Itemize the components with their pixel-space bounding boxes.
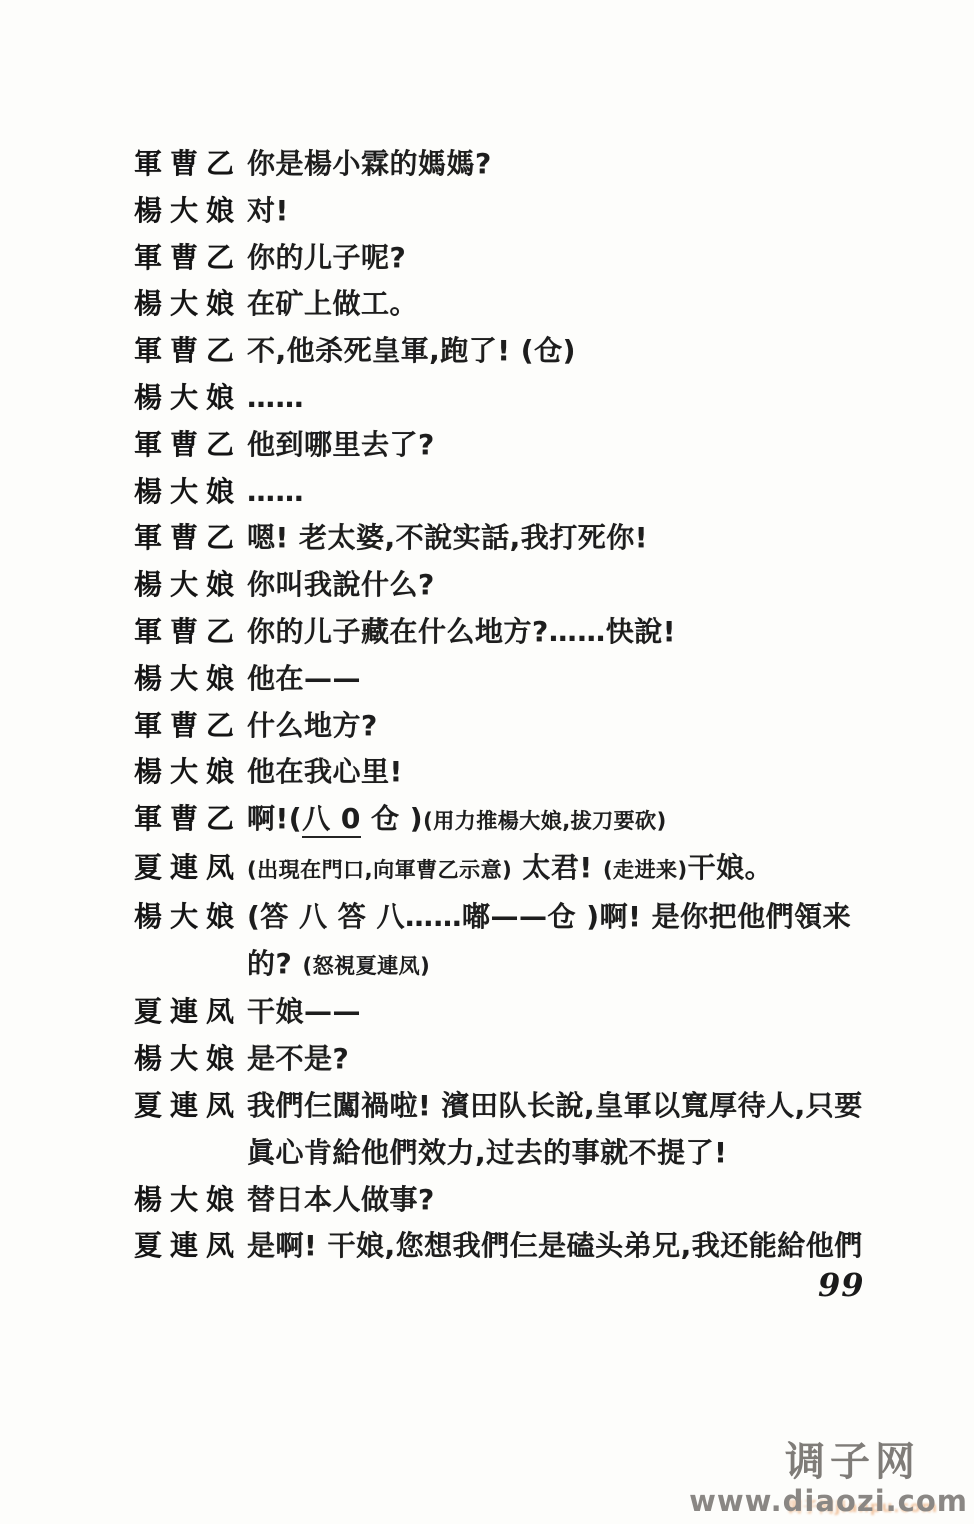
dialogue-part: 八 0 [302,802,361,838]
dialogue-text: 啊!(八 0 仓 )(用力推楊大娘,拔刀要砍) [247,796,926,845]
dialogue-text: 替日本人做事? [247,1177,926,1224]
dialogue-part: 你的儿子藏在什么地方?……快說! [247,615,676,648]
dialogue-row: 夏連凤(出現在門口,向軍曹乙示意) 太君! (走进来)干娘。 [134,845,926,894]
dialogue-text: 干娘—— [247,989,926,1036]
dialogue-part: 啊!( [247,802,302,835]
dialogue-row: 夏連凤我們仨闖禍啦! 濱田队长說,皇軍以寬厚待人,只要 眞心肯給他們效力,过去的… [134,1083,926,1177]
dialogue-part: …… [247,475,304,508]
speaker-label: 楊大娘 [134,1177,247,1224]
speaker-label: 軍曹乙 [134,609,247,656]
dialogue-row: 楊大娘他在—— [134,656,926,703]
dialogue-list: 軍曹乙你是楊小霖的媽媽?楊大娘对!軍曹乙你的儿子呢?楊大娘在矿上做工。軍曹乙不,… [134,141,926,1270]
dialogue-row: 楊大娘是不是? [134,1036,926,1083]
dialogue-text: 是啊! 干娘,您想我們仨是磕头弟兄,我还能給他們 [247,1223,926,1270]
dialogue-part: 是不是? [247,1042,349,1075]
dialogue-part: 我們仨闖禍啦! 濱田队长說,皇軍以寬厚待人,只要 眞心肯給他們效力,过去的事就不… [247,1089,863,1169]
dialogue-text: …… [247,469,926,516]
dialogue-part: 你是楊小霖的媽媽? [247,147,492,180]
dialogue-row: 軍曹乙你是楊小霖的媽媽? [134,141,926,188]
dialogue-text: 你叫我說什么? [247,562,926,609]
dialogue-part: 仓 ) [361,802,423,835]
dialogue-row: 軍曹乙你的儿子呢? [134,235,926,282]
dialogue-part: 干娘。 [688,851,774,884]
watermark-site-name: 调子网 [689,1441,920,1483]
dialogue-row: 楊大娘…… [134,375,926,422]
dialogue-row: 楊大娘在矿上做工。 [134,281,926,328]
dialogue-part: 干娘—— [247,995,361,1028]
speaker-label: 夏連凤 [134,1083,247,1130]
dialogue-text: 在矿上做工。 [247,281,926,328]
dialogue-row: 楊大娘替日本人做事? [134,1177,926,1224]
dialogue-part: 他到哪里去了? [247,428,435,461]
dialogue-text: 他在—— [247,656,926,703]
speaker-label: 軍曹乙 [134,796,247,843]
speaker-label: 楊大娘 [134,375,247,422]
dialogue-part: 你的儿子呢? [247,241,406,274]
watermark-url-row: 调子网jianpu.com www.diaozi.com [689,1486,968,1516]
speaker-label: 夏連凤 [134,989,247,1036]
speaker-label: 楊大娘 [134,894,247,941]
dialogue-text: 你的儿子呢? [247,235,926,282]
dialogue-text: 嗯! 老太婆,不說实話,我打死你! [247,515,926,562]
stage-direction: (出現在門口,向軍曹乙示意) [247,858,512,882]
speaker-label: 楊大娘 [134,281,247,328]
speaker-label: 軍曹乙 [134,515,247,562]
stage-direction: (用力推楊大娘,拔刀要砍) [423,809,667,833]
dialogue-text: (出現在門口,向軍曹乙示意) 太君! (走进来)干娘。 [247,845,926,894]
dialogue-row: 夏連凤干娘—— [134,989,926,1036]
speaker-label: 軍曹乙 [134,235,247,282]
dialogue-text: 是不是? [247,1036,926,1083]
dialogue-row: 夏連凤是啊! 干娘,您想我們仨是磕头弟兄,我还能給他們 [134,1223,926,1270]
dialogue-part: 什么地方? [247,709,378,742]
dialogue-row: 軍曹乙你的儿子藏在什么地方?……快說! [134,609,926,656]
speaker-label: 軍曹乙 [134,703,247,750]
speaker-label: 夏連凤 [134,845,247,892]
dialogue-part: 不,他杀死皇軍,跑了! (仓) [247,334,576,367]
speaker-label: 軍曹乙 [134,141,247,188]
stage-direction: (怒視夏連凤) [303,954,431,978]
dialogue-row: 軍曹乙嗯! 老太婆,不說实話,我打死你! [134,515,926,562]
dialogue-part: 你叫我說什么? [247,568,435,601]
dialogue-text: 我們仨闖禍啦! 濱田队长說,皇軍以寬厚待人,只要 眞心肯給他們效力,过去的事就不… [247,1083,926,1177]
dialogue-text: 你的儿子藏在什么地方?……快說! [247,609,926,656]
dialogue-row: 楊大娘…… [134,469,926,516]
stage-direction: (走进来) [603,858,688,882]
dialogue-text: 不,他杀死皇軍,跑了! (仓) [247,328,926,375]
dialogue-part: 嗯! 老太婆,不說实話,我打死你! [247,521,648,554]
watermark: 调子网 调子网jianpu.com www.diaozi.com [689,1441,968,1516]
watermark-site-url: www.diaozi.com [689,1484,968,1518]
speaker-label: 夏連凤 [134,1223,247,1270]
dialogue-row: 楊大娘对! [134,188,926,235]
dialogue-text: (答 八 答 八……嘟——仓 )啊! 是你把他們領来 的? (怒視夏連凤) [247,894,926,990]
dialogue-part: 在矿上做工。 [247,287,418,320]
dialogue-row: 楊大娘他在我心里! [134,749,926,796]
dialogue-row: 軍曹乙他到哪里去了? [134,422,926,469]
dialogue-row: 軍曹乙啊!(八 0 仓 )(用力推楊大娘,拔刀要砍) [134,796,926,845]
dialogue-text: …… [247,375,926,422]
scan-page: 軍曹乙你是楊小霖的媽媽?楊大娘对!軍曹乙你的儿子呢?楊大娘在矿上做工。軍曹乙不,… [0,0,974,1524]
dialogue-part: 是啊! 干娘,您想我們仨是磕头弟兄,我还能給他們 [247,1229,863,1262]
dialogue-text: 什么地方? [247,703,926,750]
dialogue-row: 軍曹乙不,他杀死皇軍,跑了! (仓) [134,328,926,375]
dialogue-text: 他到哪里去了? [247,422,926,469]
speaker-label: 軍曹乙 [134,328,247,375]
dialogue-part: 对! [247,194,289,227]
dialogue-part: 他在—— [247,662,361,695]
page-number: 99 [818,1266,865,1304]
speaker-label: 楊大娘 [134,562,247,609]
speaker-label: 楊大娘 [134,1036,247,1083]
speaker-label: 楊大娘 [134,188,247,235]
dialogue-part: 替日本人做事? [247,1183,435,1216]
dialogue-row: 楊大娘(答 八 答 八……嘟——仓 )啊! 是你把他們領来 的? (怒視夏連凤) [134,894,926,990]
speaker-label: 軍曹乙 [134,422,247,469]
dialogue-row: 楊大娘你叫我說什么? [134,562,926,609]
dialogue-text: 对! [247,188,926,235]
dialogue-part: 他在我心里! [247,755,403,788]
dialogue-row: 軍曹乙什么地方? [134,703,926,750]
speaker-label: 楊大娘 [134,469,247,516]
dialogue-part: 太君! [512,851,603,884]
dialogue-text: 你是楊小霖的媽媽? [247,141,926,188]
dialogue-part: …… [247,381,304,414]
dialogue-text: 他在我心里! [247,749,926,796]
speaker-label: 楊大娘 [134,656,247,703]
speaker-label: 楊大娘 [134,749,247,796]
